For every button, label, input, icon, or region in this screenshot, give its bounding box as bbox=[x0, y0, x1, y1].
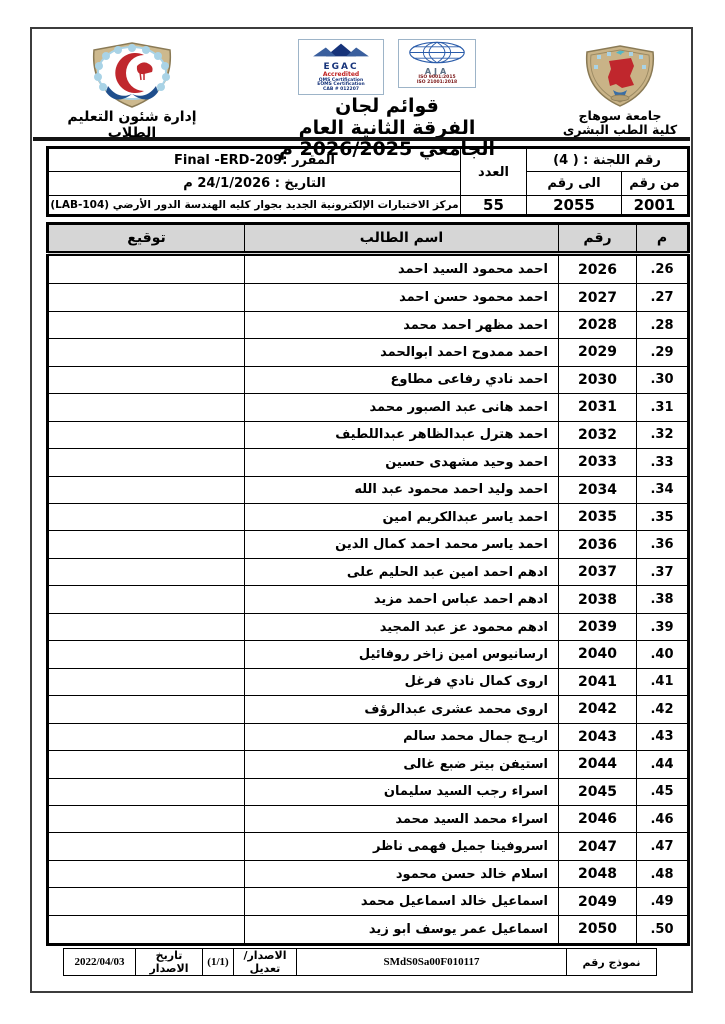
table-row: .482048اسلام خالد حسن محمود bbox=[48, 860, 689, 887]
student-name-cell: اسراء رجب السيد سليمان bbox=[245, 778, 559, 805]
number-cell: 2049 bbox=[559, 888, 637, 915]
signature-cell bbox=[48, 751, 245, 778]
title-block: EGAC Accredited QMS Certification EOMS C… bbox=[267, 39, 507, 160]
student-name-cell: اروى كمال نادي فرغل bbox=[245, 668, 559, 695]
student-name-cell: احمد ياسر محمد احمد كمال الدين bbox=[245, 531, 559, 558]
student-name-cell: اسروفينا جميل فهمى ناظر bbox=[245, 833, 559, 860]
page-header: إدارة شئون التعليم الطلاب جامعة سوهاج كل… bbox=[32, 29, 691, 137]
issue-value-cell: (1/1) bbox=[203, 949, 234, 976]
count-label-cell: العدد bbox=[460, 148, 526, 196]
student-affairs-logo-icon bbox=[82, 42, 182, 108]
table-row: .442044استيفن بيتر ضبع غالى bbox=[48, 751, 689, 778]
university-caption: جامعة سوهاج كلية الطب البشرى bbox=[557, 109, 683, 138]
signature-cell bbox=[48, 915, 245, 944]
form-number-value-cell: SMdS0Sa00F010117 bbox=[297, 949, 567, 976]
name-column-header: اسم الطالب bbox=[245, 224, 559, 254]
number-cell: 2050 bbox=[559, 915, 637, 944]
seq-cell: .43 bbox=[637, 723, 689, 750]
seq-cell: .49 bbox=[637, 888, 689, 915]
students-rows: .262026احمد محمود السيد احمد.272027احمد … bbox=[48, 254, 689, 945]
student-name-cell: احمد وحيد مشهدى حسين bbox=[245, 449, 559, 476]
number-cell: 2029 bbox=[559, 339, 637, 366]
table-row: .462046اسراء محمد السيد محمد bbox=[48, 805, 689, 832]
signature-cell bbox=[48, 449, 245, 476]
header-divider-rule bbox=[33, 137, 690, 141]
table-row: .472047اسروفينا جميل فهمى ناظر bbox=[48, 833, 689, 860]
from-number-label-cell: من رقم bbox=[622, 172, 689, 196]
number-cell: 2040 bbox=[559, 641, 637, 668]
table-row: .432043اريـج جمال محمد سالم bbox=[48, 723, 689, 750]
issue-label-cell: الاصدار/تعديل bbox=[234, 949, 297, 976]
table-row: .302030احمد نادي رفاعى مطاوع bbox=[48, 366, 689, 393]
seq-cell: .40 bbox=[637, 641, 689, 668]
aja-iso-logo-icon: AJA ISO 9001:2015 ISO 21001:2018 bbox=[398, 39, 476, 88]
number-cell: 2037 bbox=[559, 558, 637, 585]
seq-cell: .46 bbox=[637, 805, 689, 832]
signature-cell bbox=[48, 696, 245, 723]
number-cell: 2033 bbox=[559, 449, 637, 476]
course-code: Final -ERD-209 bbox=[174, 153, 282, 168]
signature-cell bbox=[48, 394, 245, 421]
student-name-cell: احمد وليد احمد محمود عبد الله bbox=[245, 476, 559, 503]
signature-cell bbox=[48, 503, 245, 530]
number-cell: 2032 bbox=[559, 421, 637, 448]
signature-cell bbox=[48, 668, 245, 695]
seq-cell: .32 bbox=[637, 421, 689, 448]
number-cell: 2039 bbox=[559, 613, 637, 640]
signature-column-header: توقيع bbox=[48, 224, 245, 254]
table-row: .452045اسراء رجب السيد سليمان bbox=[48, 778, 689, 805]
seq-cell: .28 bbox=[637, 311, 689, 338]
seq-cell: .34 bbox=[637, 476, 689, 503]
number-cell: 2038 bbox=[559, 586, 637, 613]
student-name-cell: احمد هانى عبد الصبور محمد bbox=[245, 394, 559, 421]
table-row: .282028احمد مظهر احمد محمد bbox=[48, 311, 689, 338]
student-name-cell: ادهم محمود عز عبد المجيد bbox=[245, 613, 559, 640]
issue-date-value-cell: 2022/04/03 bbox=[64, 949, 136, 976]
signature-cell bbox=[48, 805, 245, 832]
number-cell: 2027 bbox=[559, 284, 637, 311]
exam-location-cell: مركز الاختبارات الإلكترونية الجديد بجوار… bbox=[48, 196, 461, 216]
signature-cell bbox=[48, 366, 245, 393]
seq-cell: .48 bbox=[637, 860, 689, 887]
student-name-cell: اسماعيل عمر يوسف ابو زيد bbox=[245, 915, 559, 944]
seq-cell: .39 bbox=[637, 613, 689, 640]
count-value-cell: 55 bbox=[460, 196, 526, 216]
student-name-cell: اسراء محمد السيد محمد bbox=[245, 805, 559, 832]
committee-number-cell: رقم اللجنة : ( 4) bbox=[526, 148, 688, 172]
table-row: .362036احمد ياسر محمد احمد كمال الدين bbox=[48, 531, 689, 558]
seq-cell: .47 bbox=[637, 833, 689, 860]
document-title: قوائم لجان bbox=[267, 95, 507, 118]
signature-cell bbox=[48, 860, 245, 887]
student-name-cell: احمد محمود حسن احمد bbox=[245, 284, 559, 311]
number-cell: 2042 bbox=[559, 696, 637, 723]
number-cell: 2043 bbox=[559, 723, 637, 750]
signature-cell bbox=[48, 339, 245, 366]
table-row: .502050اسماعيل عمر يوسف ابو زيد bbox=[48, 915, 689, 944]
number-cell: 2041 bbox=[559, 668, 637, 695]
issue-date-label-cell: تاريخ الاصدار bbox=[136, 949, 203, 976]
signature-cell bbox=[48, 586, 245, 613]
signature-cell bbox=[48, 254, 245, 284]
student-name-cell: احمد محمود السيد احمد bbox=[245, 254, 559, 284]
number-cell: 2044 bbox=[559, 751, 637, 778]
university-name: جامعة سوهاج bbox=[557, 109, 683, 123]
number-cell: 2036 bbox=[559, 531, 637, 558]
seq-cell: .41 bbox=[637, 668, 689, 695]
to-number-label-cell: الى رقم bbox=[526, 172, 621, 196]
number-column-header: رقم bbox=[559, 224, 637, 254]
to-number-value-cell: 2055 bbox=[526, 196, 621, 216]
number-cell: 2035 bbox=[559, 503, 637, 530]
sohag-university-logo-icon bbox=[579, 45, 661, 107]
seq-cell: .26 bbox=[637, 254, 689, 284]
table-row: .382038ادهم احمد عباس احمد مزيد bbox=[48, 586, 689, 613]
course-cell: المقرر :Final -ERD-209 bbox=[48, 148, 461, 172]
signature-cell bbox=[48, 888, 245, 915]
student-name-cell: اسلام خالد حسن محمود bbox=[245, 860, 559, 887]
students-table-header-row: م رقم اسم الطالب توقيع bbox=[48, 224, 689, 254]
aja-iso2: ISO 21001:2018 bbox=[401, 81, 473, 86]
table-row: .292029احمد ممدوح احمد ابوالحمد bbox=[48, 339, 689, 366]
signature-cell bbox=[48, 833, 245, 860]
signature-cell bbox=[48, 641, 245, 668]
student-name-cell: احمد ممدوح احمد ابوالحمد bbox=[245, 339, 559, 366]
student-name-cell: ادهم احمد امين عبد الحليم على bbox=[245, 558, 559, 585]
form-number-label-cell: نموذج رقم bbox=[567, 949, 657, 976]
page-border-frame: إدارة شئون التعليم الطلاب جامعة سوهاج كل… bbox=[30, 27, 693, 993]
number-cell: 2030 bbox=[559, 366, 637, 393]
egac-line3: CAB # 012207 bbox=[301, 88, 381, 93]
number-cell: 2028 bbox=[559, 311, 637, 338]
table-row: .422042اروى محمد عشرى عبدالرؤف bbox=[48, 696, 689, 723]
table-row: .372037ادهم احمد امين عبد الحليم على bbox=[48, 558, 689, 585]
seq-cell: .33 bbox=[637, 449, 689, 476]
student-name-cell: استيفن بيتر ضبع غالى bbox=[245, 751, 559, 778]
signature-cell bbox=[48, 531, 245, 558]
table-row: .342034احمد وليد احمد محمود عبد الله bbox=[48, 476, 689, 503]
signature-cell bbox=[48, 613, 245, 640]
seq-cell: .42 bbox=[637, 696, 689, 723]
student-name-cell: احمد هترل عبدالظاهر عبداللطيف bbox=[245, 421, 559, 448]
students-table: م رقم اسم الطالب توقيع .262026احمد محمود… bbox=[46, 222, 690, 946]
signature-cell bbox=[48, 421, 245, 448]
seq-column-header: م bbox=[637, 224, 689, 254]
table-row: .392039ادهم محمود عز عبد المجيد bbox=[48, 613, 689, 640]
student-name-cell: اسماعيل خالد اسماعيل محمد bbox=[245, 888, 559, 915]
student-name-cell: احمد مظهر احمد محمد bbox=[245, 311, 559, 338]
signature-cell bbox=[48, 284, 245, 311]
faculty-name: كلية الطب البشرى bbox=[557, 123, 683, 137]
table-row: .332033احمد وحيد مشهدى حسين bbox=[48, 449, 689, 476]
exam-info-table: رقم اللجنة : ( 4) العدد المقرر :Final -E… bbox=[46, 146, 690, 217]
table-row: .492049اسماعيل خالد اسماعيل محمد bbox=[48, 888, 689, 915]
student-name-cell: ارسانيوس امين زاخر روفائيل bbox=[245, 641, 559, 668]
signature-cell bbox=[48, 558, 245, 585]
seq-cell: .37 bbox=[637, 558, 689, 585]
number-cell: 2045 bbox=[559, 778, 637, 805]
number-cell: 2048 bbox=[559, 860, 637, 887]
table-row: .272027احمد محمود حسن احمد bbox=[48, 284, 689, 311]
certification-logos: EGAC Accredited QMS Certification EOMS C… bbox=[267, 39, 507, 91]
table-row: .412041اروى كمال نادي فرغل bbox=[48, 668, 689, 695]
seq-cell: .50 bbox=[637, 915, 689, 944]
student-name-cell: احمد ياسر عبدالكريم امين bbox=[245, 503, 559, 530]
from-number-value-cell: 2001 bbox=[622, 196, 689, 216]
seq-cell: .44 bbox=[637, 751, 689, 778]
signature-cell bbox=[48, 476, 245, 503]
egac-accredited-logo-icon: EGAC Accredited QMS Certification EOMS C… bbox=[298, 39, 384, 95]
seq-cell: .31 bbox=[637, 394, 689, 421]
seq-cell: .35 bbox=[637, 503, 689, 530]
exam-date-cell: التاريخ : 24/1/2026 م bbox=[48, 172, 461, 196]
student-name-cell: اروى محمد عشرى عبدالرؤف bbox=[245, 696, 559, 723]
table-row: .402040ارسانيوس امين زاخر روفائيل bbox=[48, 641, 689, 668]
number-cell: 2031 bbox=[559, 394, 637, 421]
seq-cell: .38 bbox=[637, 586, 689, 613]
number-cell: 2046 bbox=[559, 805, 637, 832]
form-footer-table: نموذج رقم SMdS0Sa00F010117 الاصدار/تعديل… bbox=[63, 948, 657, 976]
seq-cell: .36 bbox=[637, 531, 689, 558]
number-cell: 2047 bbox=[559, 833, 637, 860]
table-row: .262026احمد محمود السيد احمد bbox=[48, 254, 689, 284]
number-cell: 2034 bbox=[559, 476, 637, 503]
number-cell: 2026 bbox=[559, 254, 637, 284]
course-label: المقرر : bbox=[282, 153, 335, 168]
table-row: .312031احمد هانى عبد الصبور محمد bbox=[48, 394, 689, 421]
table-row: .352035احمد ياسر عبدالكريم امين bbox=[48, 503, 689, 530]
seq-cell: .27 bbox=[637, 284, 689, 311]
seq-cell: .30 bbox=[637, 366, 689, 393]
student-name-cell: ادهم احمد عباس احمد مزيد bbox=[245, 586, 559, 613]
seq-cell: .45 bbox=[637, 778, 689, 805]
student-name-cell: احمد نادي رفاعى مطاوع bbox=[245, 366, 559, 393]
table-row: .322032احمد هترل عبدالظاهر عبداللطيف bbox=[48, 421, 689, 448]
signature-cell bbox=[48, 311, 245, 338]
signature-cell bbox=[48, 723, 245, 750]
seq-cell: .29 bbox=[637, 339, 689, 366]
document-page: { "header": { "university": "جامعة سوهاج… bbox=[0, 0, 725, 1024]
signature-cell bbox=[48, 778, 245, 805]
student-name-cell: اريـج جمال محمد سالم bbox=[245, 723, 559, 750]
